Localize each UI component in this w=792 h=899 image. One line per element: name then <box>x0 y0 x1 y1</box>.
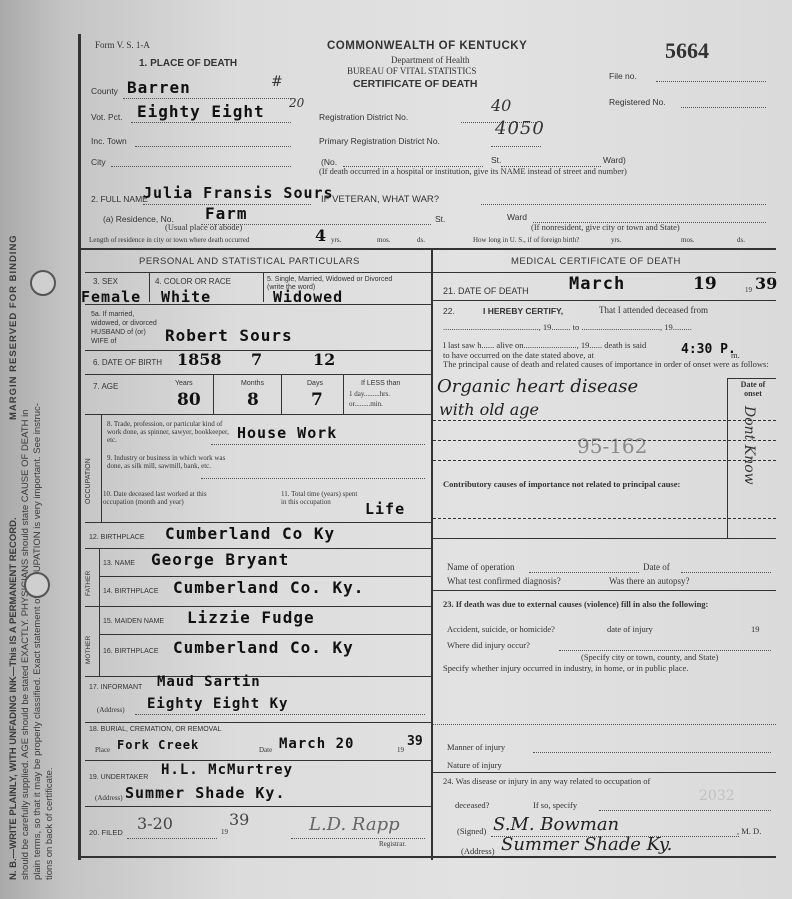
form-number: Form V. S. 1-A <box>95 40 150 50</box>
registered-no-label: Registered No. <box>609 97 666 107</box>
informant-label: 17. INFORMANT <box>89 684 142 691</box>
last-worked-label: 10. Date deceased last worked at this oc… <box>103 490 223 506</box>
city-label: City <box>91 157 106 167</box>
filed-line <box>127 838 217 839</box>
contributory-label: Contributory causes of importance not re… <box>443 480 713 489</box>
industry-label: 9. Industry or business in which work wa… <box>107 454 227 470</box>
department-title: Department of Health <box>391 55 469 65</box>
father-name-label: 13. NAME <box>103 560 135 567</box>
age-label: 7. AGE <box>93 382 118 391</box>
age-months-label: Months <box>241 380 264 387</box>
medical-section-title: MEDICAL CERTIFICATE OF DEATH <box>511 256 681 267</box>
county-label: County <box>91 86 118 96</box>
rule <box>85 374 431 375</box>
time-of-death: 4:30 P. <box>681 342 736 357</box>
father-side-label: FATHER <box>85 571 92 596</box>
rule <box>433 518 776 519</box>
age-years-label: Years <box>175 380 193 387</box>
margin-instruction-write-plainly: N. B.—WRITE PLAINLY, WITH UNFADING INK—T… <box>8 517 19 880</box>
rule <box>433 538 776 539</box>
us-yrs-label: yrs. <box>611 236 621 244</box>
trade-value: House Work <box>237 424 337 442</box>
center-divider <box>431 248 433 860</box>
registration-district-value: 40 <box>491 96 511 115</box>
filed-value: 3-20 <box>137 814 173 833</box>
veteran-label: IF VETERAN, WHAT WAR? <box>321 194 439 205</box>
less-day: 1 day.........hrs. <box>349 390 390 398</box>
file-no-field[interactable] <box>656 81 766 82</box>
registrar-line <box>291 838 425 839</box>
rule <box>99 576 431 577</box>
date-of-death-month: March <box>569 274 625 294</box>
primary-registration-value: 4050 <box>495 118 545 139</box>
file-no-label: File no. <box>609 71 637 81</box>
injury-date-label: date of injury <box>607 624 653 634</box>
rule <box>85 722 431 723</box>
cause-line2: with old age <box>439 400 539 419</box>
manner-line <box>533 752 771 753</box>
rule <box>433 420 776 421</box>
burial-place-value: Fork Creek <box>117 738 199 752</box>
race-label: 4. COLOR OR RACE <box>155 277 231 286</box>
bottom-border <box>81 856 776 858</box>
accident-label: Accident, suicide, or homicide? <box>447 624 555 634</box>
margin-instruction-line2: should be carefully supplied. AGE should… <box>20 410 31 880</box>
rule <box>101 414 102 522</box>
rule <box>433 300 776 301</box>
registrar-label: Registrar. <box>379 840 406 848</box>
vot-pct-line <box>131 122 291 123</box>
if-so-label: If so, specify <box>533 800 577 810</box>
certify-num: 22. <box>443 306 455 316</box>
age-days-label: Days <box>307 380 323 387</box>
mother-birthplace-value: Cumberland Co. Ky <box>173 638 354 657</box>
burial-label: 18. BURIAL, CREMATION, OR REMOVAL <box>89 726 221 733</box>
county-value: Barren <box>127 78 191 97</box>
age-years-value: 80 <box>177 390 201 410</box>
date-of-death-label: 21. DATE OF DEATH <box>443 286 529 296</box>
dob-day: 12 <box>313 350 335 369</box>
specify-place-note: (Specify city or town, county, and State… <box>581 652 718 662</box>
vot-pct-value: Eighty Eight <box>137 102 265 121</box>
rule <box>99 548 100 676</box>
undertaker-label: 19. UNDERTAKER <box>89 774 148 781</box>
vot-pct-mark: 20 <box>289 96 304 110</box>
signed-label: (Signed) <box>457 826 486 836</box>
nonresident-note: (If nonresident, give city or town and S… <box>531 222 680 232</box>
filed-year-prefix: 19 <box>221 828 228 836</box>
mother-maiden-label: 15. MAIDEN NAME <box>103 618 164 625</box>
rule <box>213 374 214 414</box>
street-label: St. <box>491 155 501 165</box>
operation-label: Name of operation <box>447 562 514 572</box>
us-ds-label: ds. <box>737 236 745 244</box>
operation-line <box>529 572 639 573</box>
birthplace-value: Cumberland Co Ky <box>165 524 335 543</box>
principal-cause-text: The principal cause of death and related… <box>443 360 773 369</box>
rule <box>85 606 431 607</box>
mother-maiden-value: Lizzie Fudge <box>187 608 315 627</box>
mother-side-label: MOTHER <box>85 636 92 664</box>
rule <box>343 374 344 414</box>
dob-year: 1858 <box>177 350 222 369</box>
ds-label: ds. <box>417 236 425 244</box>
rule <box>99 634 431 635</box>
manner-label: Manner of injury <box>447 742 505 752</box>
ward-label: Ward) <box>603 155 626 165</box>
residence-st-label: St. <box>435 214 445 224</box>
residence-label: (a) Residence, No. <box>103 214 174 224</box>
county-mark: # <box>271 74 283 90</box>
date-of-onset-label: Date of onset <box>735 380 771 398</box>
margin-instruction-line4: tions on back of certificate. <box>44 768 55 880</box>
attended-line: ........................................… <box>443 322 692 332</box>
informant-address-value: Eighty Eight Ky <box>147 696 288 712</box>
certificate-title: CERTIFICATE OF DEATH <box>353 78 477 90</box>
rule <box>85 548 431 549</box>
last-saw-text: I last saw h...... alive on.............… <box>443 340 646 350</box>
binder-hole-top <box>30 270 56 296</box>
rule <box>85 414 431 415</box>
deceased-label: deceased? <box>455 800 489 810</box>
veteran-line <box>481 204 766 205</box>
rule <box>281 374 282 414</box>
dob-month: 7 <box>251 350 262 369</box>
burial-date-label: Date <box>259 746 272 754</box>
informant-address-line <box>135 714 425 715</box>
place-of-death-title: 1. PLACE OF DEATH <box>139 58 237 69</box>
certify-label: I HEREBY CERTIFY, <box>483 306 563 316</box>
rule <box>85 760 431 761</box>
rule <box>85 272 431 273</box>
registration-district-label: Registration District No. <box>319 112 408 122</box>
operation-date-label: Date of <box>643 562 670 572</box>
dob-label: 6. DATE OF BIRTH <box>93 358 162 367</box>
usual-place-note: (Usual place of abode) <box>165 222 242 232</box>
pencil-faint-number: 2032 <box>699 788 735 804</box>
rule <box>263 272 264 302</box>
rule <box>85 304 431 305</box>
test-label: What test confirmed diagnosis? <box>447 576 561 586</box>
residence-ward-label: Ward <box>507 212 527 222</box>
industry-line <box>201 478 425 479</box>
injury-detail-line <box>433 724 776 725</box>
total-time-value: Life <box>365 500 405 518</box>
registrar-signature: L.D. Rapp <box>309 814 400 835</box>
external-causes-label: 23. If death was due to external causes … <box>443 600 773 609</box>
binder-hole-bottom <box>24 572 50 598</box>
city-line <box>111 166 291 167</box>
date-of-death-day: 19 <box>693 274 717 294</box>
undertaker-address-value: Summer Shade Ky. <box>125 784 286 802</box>
section-divider <box>81 248 776 250</box>
full-name-value: Julia Fransis Sours <box>143 184 334 202</box>
burial-date-value: March 20 <box>279 736 354 752</box>
primary-registration-line <box>491 146 541 147</box>
autopsy-label: Was there an autopsy? <box>609 576 690 586</box>
physician-address-label: (Address) <box>461 846 495 856</box>
filed-year-value: 39 <box>229 810 249 829</box>
inc-town-label: Inc. Town <box>91 136 127 146</box>
inc-town-line <box>135 146 291 147</box>
registered-no-field[interactable] <box>681 107 766 108</box>
spouse-label: 5a. If married, widowed, or divorced HUS… <box>91 310 161 346</box>
nature-label: Nature of injury <box>447 760 502 770</box>
trade-line <box>211 444 425 445</box>
md-label: , M. D. <box>737 826 761 836</box>
death-certificate-scan: N. B.—WRITE PLAINLY, WITH UNFADING INK—T… <box>0 0 792 899</box>
length-residence-value: 4 <box>315 226 326 245</box>
injury-year-prefix: 19 <box>751 624 760 634</box>
date-of-death-year-prefix: 19 <box>745 286 752 294</box>
how-long-us-label: How long in U. S., if of foreign birth? <box>473 236 579 244</box>
undertaker-address-label: (Address) <box>95 794 123 802</box>
certificate-number: 5664 <box>665 38 709 64</box>
pencil-code: 95-162 <box>577 434 647 458</box>
physician-address-value: Summer Shade Ky. <box>501 834 672 855</box>
occupation-side-label: OCCUPATION <box>85 458 92 504</box>
rule <box>433 272 776 273</box>
father-birthplace-label: 14. BIRTHPLACE <box>103 588 159 595</box>
undertaker-value: H.L. McMurtrey <box>161 762 293 778</box>
rule <box>433 590 776 591</box>
state-title: COMMONWEALTH OF KENTUCKY <box>327 40 527 52</box>
date-of-onset-value: Dont Know <box>741 406 757 485</box>
full-name-label: 2. FULL NAME <box>91 194 148 204</box>
yrs-label: yrs. <box>331 236 341 244</box>
if-so-line <box>599 810 771 811</box>
sex-label: 3. SEX <box>93 277 118 286</box>
mos-label: mos. <box>377 236 390 244</box>
total-time-label: 11. Total time (years) spent in this occ… <box>281 490 363 506</box>
rule <box>433 460 776 461</box>
certificate-form: Form V. S. 1-A 1. PLACE OF DEATH COMMONW… <box>78 34 776 860</box>
less-than-label: If LESS than <box>361 380 400 387</box>
rule <box>85 522 431 523</box>
certify-text: That I attended deceased from <box>599 305 708 315</box>
vot-pct-label: Vot. Pct. <box>91 112 123 122</box>
specify-industry-text: Specify whether injury occurred in indus… <box>443 664 773 673</box>
rule <box>727 378 776 379</box>
where-injury-line <box>559 650 771 651</box>
birthplace-label: 12. BIRTHPLACE <box>89 534 145 541</box>
rule <box>149 272 150 302</box>
physician-signature: S.M. Bowman <box>493 814 619 835</box>
hospital-note: (If death occurred in a hospital or inst… <box>319 166 627 176</box>
residence-value: Farm <box>205 204 248 223</box>
us-mos-label: mos. <box>681 236 694 244</box>
age-months-value: 8 <box>247 390 259 410</box>
margin-binding-label: MARGIN RESERVED FOR BINDING <box>8 234 19 420</box>
rule <box>727 378 728 538</box>
bureau-title: BUREAU OF VITAL STATISTICS <box>347 66 476 76</box>
length-residence-label: Length of residence in city or town wher… <box>89 236 249 244</box>
where-injury-label: Where did injury occur? <box>447 640 530 650</box>
rule <box>85 806 431 807</box>
occupation-related-label: 24. Was disease or injury in any way rel… <box>443 776 650 786</box>
spouse-value: Robert Sours <box>165 326 293 345</box>
county-line <box>123 98 291 99</box>
cause-line1: Organic heart disease <box>437 376 638 397</box>
father-birthplace-value: Cumberland Co. Ky. <box>173 578 364 597</box>
trade-label: 8. Trade, profession, or particular kind… <box>107 420 229 444</box>
margin-instruction-line3: plain terms, so that it may be properly … <box>32 403 43 880</box>
operation-date-line <box>681 572 771 573</box>
primary-registration-label: Primary Registration District No. <box>319 136 440 146</box>
informant-address-label: (Address) <box>97 706 125 714</box>
rule <box>433 772 776 773</box>
personal-section-title: PERSONAL AND STATISTICAL PARTICULARS <box>139 256 360 267</box>
father-name-value: George Bryant <box>151 550 289 569</box>
date-of-death-year: 39 <box>755 274 777 293</box>
rule <box>433 440 776 441</box>
informant-value: Maud Sartin <box>157 674 261 690</box>
mother-birthplace-label: 16. BIRTHPLACE <box>103 648 159 655</box>
filed-label: 20. FILED <box>89 828 123 837</box>
less-min: or.........min. <box>349 400 383 408</box>
burial-year-value: 39 <box>407 734 423 749</box>
burial-place-label: Place <box>95 746 110 754</box>
burial-year-prefix: 19 <box>397 746 404 754</box>
age-days-value: 7 <box>311 390 323 410</box>
